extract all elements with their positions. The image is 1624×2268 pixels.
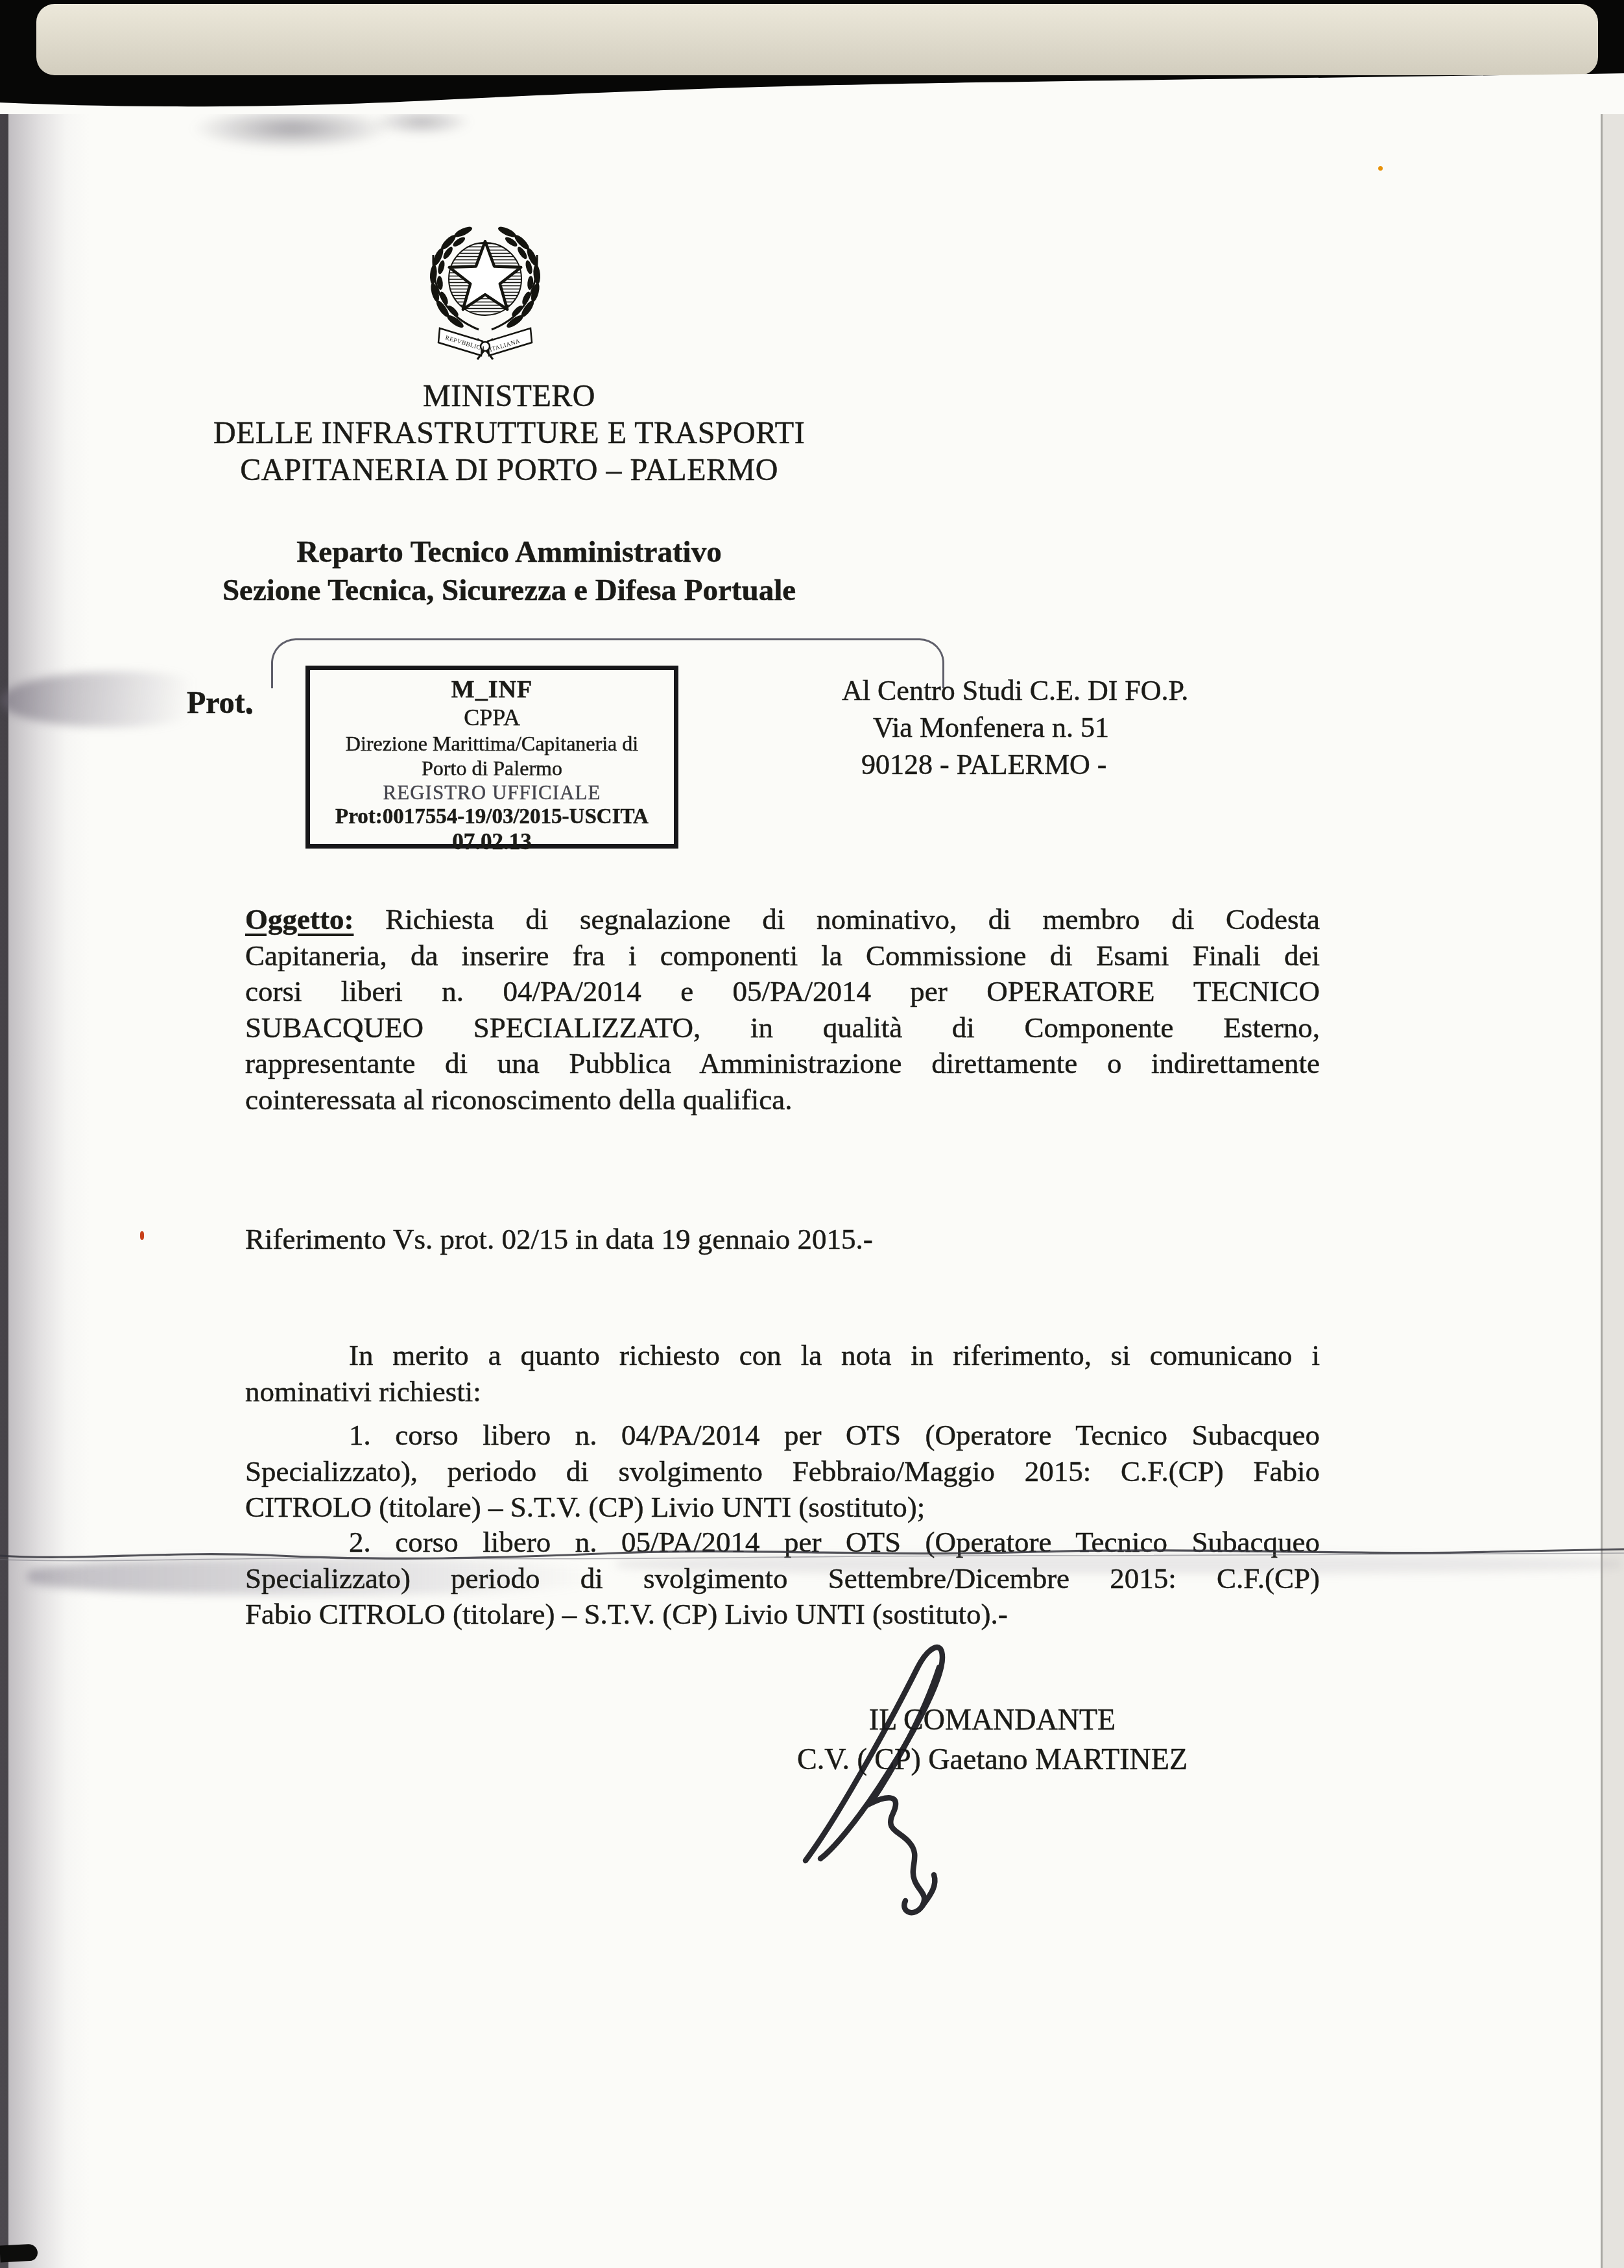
scan-right-margin	[1603, 114, 1624, 2268]
stamp-org: M_INF	[310, 675, 674, 704]
red-speck	[140, 1231, 144, 1240]
body-line: CITROLO (titolare) – S.T.V. (CP) Livio U…	[245, 1490, 1320, 1526]
protocol-label: Prot.	[187, 685, 253, 721]
subject-paragraph: Oggetto: Richiesta di segnalazione di no…	[245, 902, 1320, 1118]
body-paragraph-item2: 2. corso libero n. 05/PA/2014 per OTS (O…	[245, 1525, 1320, 1633]
ministry-line2: DELLE INFRASTRUTTURE E TRASPORTI	[136, 415, 882, 452]
body-line: 2. corso libero n. 05/PA/2014 per OTS (O…	[245, 1525, 1320, 1561]
stamp-registro: REGISTRO UFFICIALE	[310, 780, 674, 804]
body-line: Specializzato) periodo di svolgimento Se…	[245, 1561, 1320, 1597]
subject-line: rappresentante di una Pubblica Amministr…	[245, 1046, 1320, 1082]
recipient-line1: Al Centro Studi C.E. DI FO.P.	[842, 672, 1335, 709]
body-paragraph-intro: In merito a quanto richiesto con la nota…	[245, 1338, 1320, 1410]
stamp-porto: Porto di Palermo	[310, 756, 674, 780]
body-line: Specializzato), periodo di svolgimento F…	[245, 1454, 1320, 1490]
body-line: nominativi richiesti:	[245, 1374, 1320, 1410]
body-line: 1. corso libero n. 04/PA/2014 per OTS (O…	[245, 1417, 1320, 1454]
subject-label: Oggetto:	[245, 903, 353, 935]
recipient-line2: Via Monfenera n. 51	[842, 709, 1335, 746]
subject-line: Capitaneria, da inserire fra i component…	[245, 938, 1320, 974]
department-heading: Reparto Tecnico Amministrativo Sezione T…	[136, 533, 882, 610]
scan-bottom-left-mark	[0, 2244, 38, 2263]
stamp-protocol-number: Prot:0017554-19/03/2015-USCITA	[310, 804, 674, 829]
handwritten-signature	[746, 1622, 1148, 1933]
stamp-code: 07.02.13	[310, 829, 674, 855]
orange-speck	[1378, 166, 1383, 171]
reference-line: Riferimento Vs. prot. 02/15 in data 19 g…	[245, 1222, 873, 1256]
body-line: In merito a quanto richiesto con la nota…	[245, 1338, 1320, 1374]
stamp-office: CPPA	[310, 704, 674, 731]
ministry-line3: CAPITANERIA DI PORTO – PALERMO	[136, 452, 882, 489]
scan-top-band	[0, 0, 1624, 114]
ministry-line1: MINISTERO	[136, 378, 882, 415]
department-line1: Reparto Tecnico Amministrativo	[136, 533, 882, 572]
letterhead: MINISTERO DELLE INFRASTRUTTURE E TRASPOR…	[136, 378, 882, 489]
scan-left-edge-shading	[0, 97, 90, 2268]
subject-line: Oggetto: Richiesta di segnalazione di no…	[245, 902, 1320, 938]
scanned-letter-page: REPVBBLICA ITALIANA MINISTERO DELLE INFR…	[0, 0, 1624, 2268]
stamp-direzione: Direzione Marittima/Capitaneria di	[310, 731, 674, 756]
subject-line: cointeressata al riconoscimento della qu…	[245, 1082, 1320, 1118]
recipient-line3: 90128 - PALERMO -	[842, 746, 1335, 783]
body-paragraph-item1: 1. corso libero n. 04/PA/2014 per OTS (O…	[245, 1417, 1320, 1526]
registry-stamp: M_INF CPPA Direzione Marittima/Capitaner…	[305, 666, 678, 849]
department-line2: Sezione Tecnica, Sicurezza e Difesa Port…	[136, 572, 882, 610]
subject-line: SUBACQUEO SPECIALIZZATO, in qualità di C…	[245, 1010, 1320, 1046]
italian-republic-emblem: REPVBBLICA ITALIANA	[420, 219, 550, 368]
recipient-address: Al Centro Studi C.E. DI FO.P. Via Monfen…	[842, 672, 1335, 783]
subject-line: corsi liberi n. 04/PA/2014 e 05/PA/2014 …	[245, 974, 1320, 1010]
